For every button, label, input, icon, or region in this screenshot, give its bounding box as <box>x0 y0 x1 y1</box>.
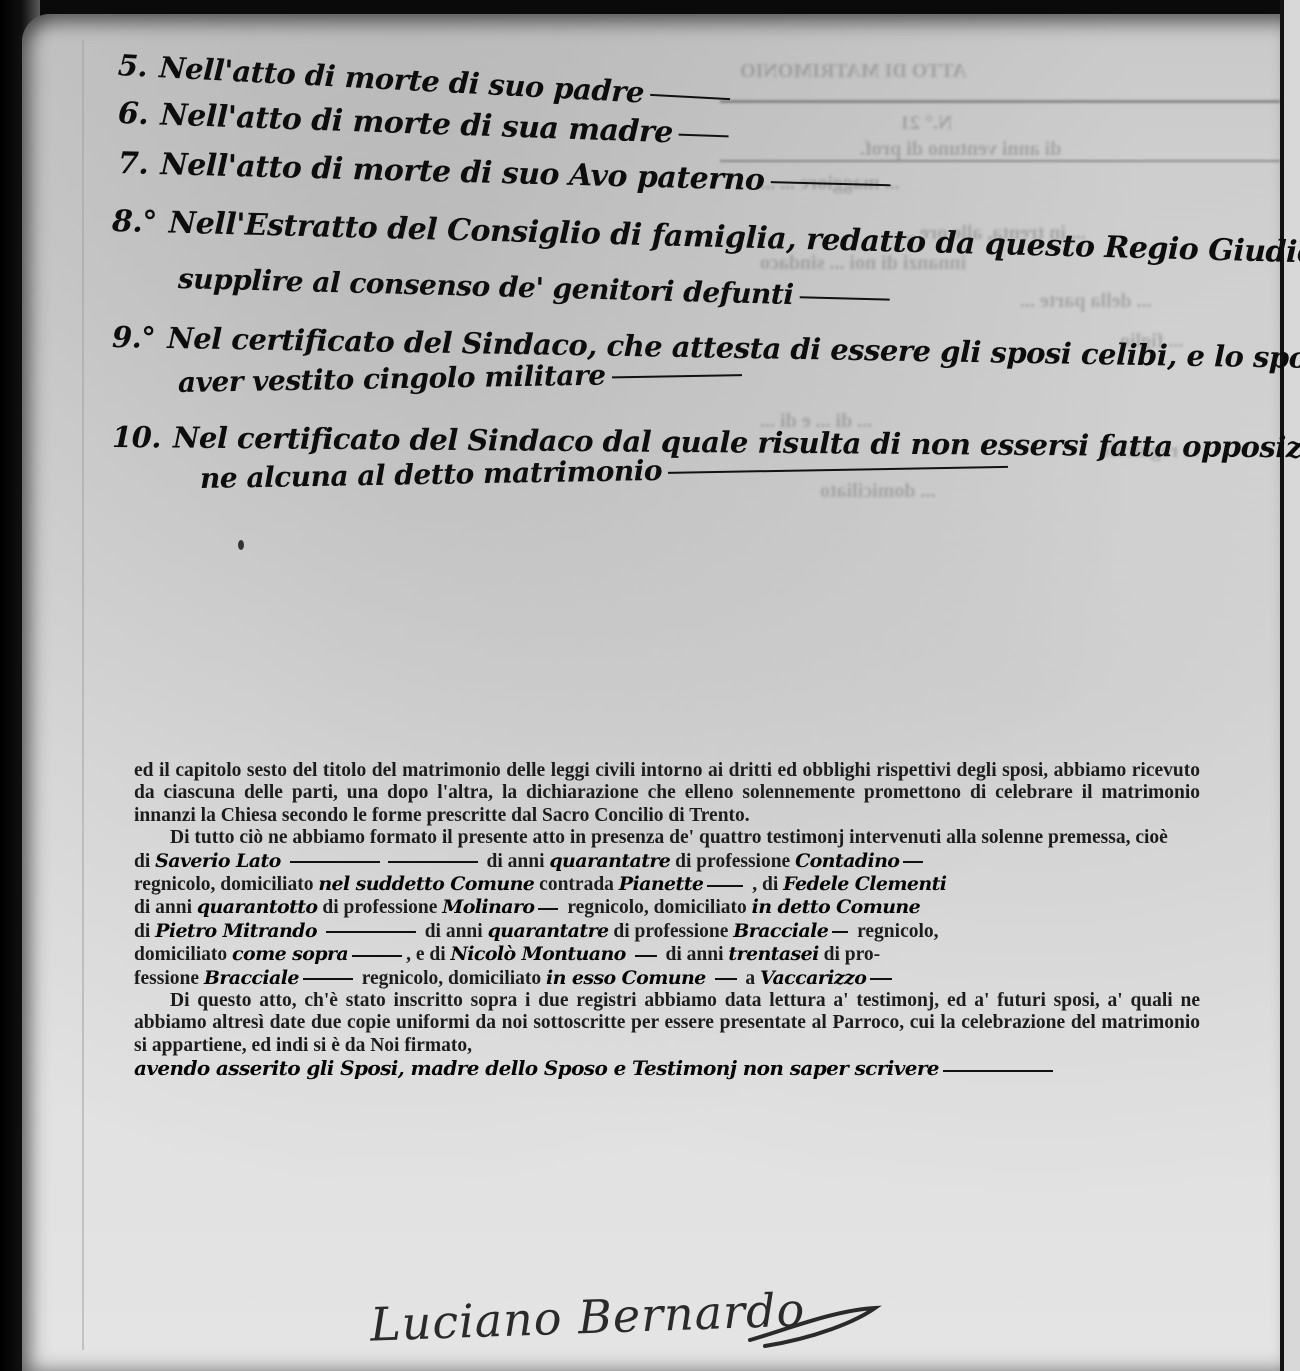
ink-blot <box>238 540 244 550</box>
witness-1-name: Saverio Lato <box>155 850 281 872</box>
fill-line <box>679 134 729 138</box>
signature-flourish-icon <box>745 1300 885 1350</box>
witness-row-6: fessione Bracciale regnicolo, domiciliat… <box>134 967 1200 990</box>
page-right-margin <box>1284 0 1300 1371</box>
witness-4-profession: Bracciale <box>204 967 299 989</box>
witness-3-name: Pietro Mitrando <box>155 920 317 942</box>
fill-line <box>799 296 889 300</box>
witness-1-domicile: nel suddetto Comune <box>318 873 534 895</box>
witness-1-age: quarantatre <box>549 850 670 872</box>
paragraph-reading-and-copies: Di questo atto, ch'è stato inscritto sop… <box>134 990 1200 1057</box>
witness-row-3: di anni quarantotto di professione Molin… <box>134 896 1200 919</box>
fill-line <box>611 374 741 378</box>
witness-4-age: trentasei <box>728 943 818 965</box>
paragraph-declaration: ed il capitolo sesto del titolo del matr… <box>134 760 1200 827</box>
witness-2-age: quarantotto <box>197 896 318 918</box>
witness-2-profession: Molinaro <box>442 896 534 918</box>
closing-handwritten-line: avendo asserito gli Sposi, madre dello S… <box>134 1057 1200 1081</box>
witness-row-2: regnicolo, domiciliato nel suddetto Comu… <box>134 873 1200 896</box>
witness-row-4: di Pietro Mitrando di anni quarantatre d… <box>134 920 1200 943</box>
witness-1-profession: Contadino <box>795 850 899 872</box>
printed-form-body: ed il capitolo sesto del titolo del matr… <box>134 760 1200 1082</box>
witness-2-name: Fedele Clementi <box>783 873 946 895</box>
witness-4-domicile: in esso Comune <box>546 967 706 989</box>
witness-4-place: Vaccarizzo <box>760 967 866 989</box>
fill-line <box>770 181 890 186</box>
witness-3-profession: Bracciale <box>733 920 828 942</box>
fill-line <box>650 94 730 100</box>
page-fold-line <box>82 40 84 1350</box>
fill-line <box>668 465 1008 473</box>
witness-row-5: domiciliato come sopra, e di Nicolò Mont… <box>134 943 1200 966</box>
witness-row-1: di Saverio Lato di anni quarantatre di p… <box>134 850 1200 873</box>
witness-3-domicile: come sopra <box>232 943 348 965</box>
witness-4-name: Nicolò Montuano <box>451 943 626 965</box>
witness-3-age: quarantatre <box>488 920 609 942</box>
paragraph-witnesses-intro: Di tutto ciò ne abbiamo formato il prese… <box>134 827 1200 849</box>
witness-2-domicile: in detto Comune <box>752 896 920 918</box>
witness-1-contrada: Pianette <box>619 873 704 895</box>
